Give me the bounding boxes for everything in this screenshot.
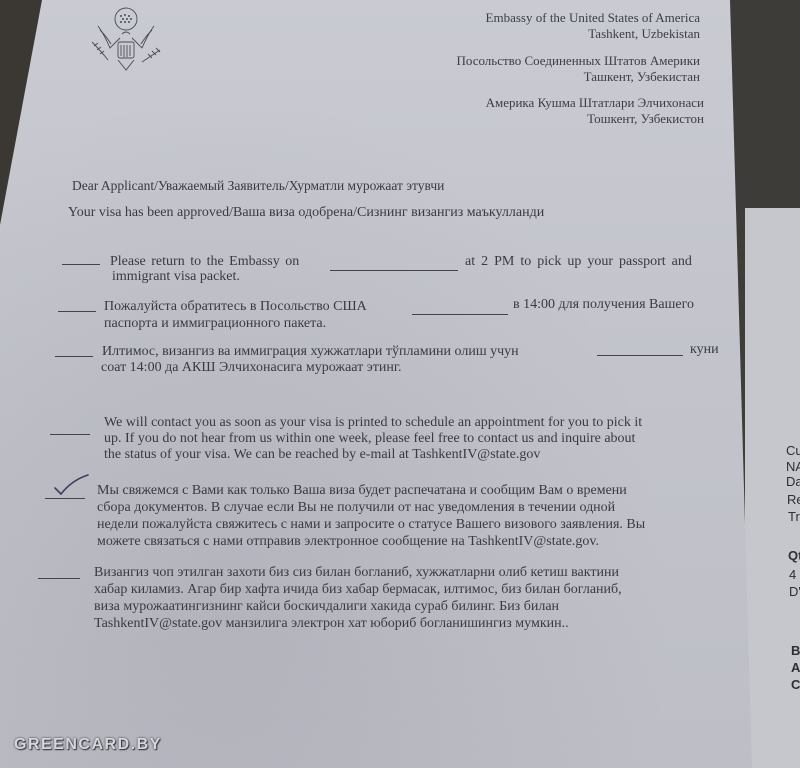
paragraph-line: Визангиз чоп этилган захоти биз сиз била… <box>94 564 739 581</box>
paragraph-line: the status of your visa. We can be reach… <box>104 447 728 463</box>
option-4-paragraph: We will contact you as soon as your visa… <box>104 415 728 463</box>
paragraph-line: виза мурожаатингизнинг кайси боскичдалиг… <box>94 598 739 615</box>
sheet-fragment: Qt <box>788 548 800 563</box>
letterhead-uzbek: Америка Кушма Штатлари Элчихонаси Тошкен… <box>486 95 704 127</box>
option-checkbox-blank[interactable] <box>62 264 100 265</box>
embassy-city-russian: Ташкент, Узбекистан <box>456 69 700 85</box>
pickup-date-field-uz[interactable] <box>597 355 683 356</box>
pickup-date-field-ru[interactable] <box>412 314 508 315</box>
embassy-city-english: Tashkent, Uzbekistan <box>486 26 700 42</box>
sheet-fragment: B <box>791 643 800 658</box>
letterhead-russian: Посольство Соединенных Штатов Америки Та… <box>456 53 700 85</box>
pickup-date-field[interactable] <box>330 270 458 271</box>
paragraph-line: We will contact you as soon as your visa… <box>104 415 728 431</box>
paragraph-line: сбора документов. В случае если Вы не по… <box>97 499 732 516</box>
option-2-text-cont: в 14:00 для получения Вашего <box>513 297 694 313</box>
sheet-fragment: Cu <box>786 443 800 458</box>
approval-statement: Your visa has been approved/Ваша виза од… <box>68 205 544 221</box>
embassy-name-russian: Посольство Соединенных Штатов Америки <box>456 53 700 69</box>
option-1-line2: immigrant visa packet. <box>112 269 240 285</box>
paragraph-line: TashkentIV@state.gov манзилига электрон … <box>94 615 739 632</box>
option-3-line2: соат 14:00 да АКШ Элчихонасига мурожаат … <box>101 360 402 376</box>
option-1-text: Please return to the Embassy on <box>110 254 299 270</box>
checkmark-icon <box>52 474 92 498</box>
option-checkbox-blank[interactable] <box>38 578 80 579</box>
paragraph-line: недели пожалуйста свяжитесь с нами и зап… <box>97 516 732 533</box>
sheet-fragment: 4 <box>789 567 796 582</box>
option-checkbox-blank[interactable] <box>55 356 93 357</box>
paragraph-line: хабар киламиз. Агар бир хафта ичида биз … <box>94 581 739 598</box>
watermark: GREENCARD.BY <box>14 736 162 754</box>
second-document-sheet: Cu NA Da Re Tr Qt 4 D' B A C <box>745 208 800 768</box>
embassy-city-uzbek: Тошкент, Узбекистон <box>486 111 704 127</box>
sheet-fragment: C <box>791 677 800 692</box>
sheet-fragment: NA <box>786 459 800 474</box>
option-1-text-cont: at 2 PM to pick up your passport and <box>465 254 692 270</box>
embassy-name-english: Embassy of the United States of America <box>486 10 700 26</box>
paragraph-line: up. If you do not hear from us within on… <box>104 431 728 447</box>
option-checkbox-blank[interactable] <box>58 311 96 312</box>
option-2-line2: паспорта и иммиграционного пакета. <box>104 316 326 332</box>
option-checkbox-blank[interactable] <box>50 434 90 435</box>
option-5-paragraph: Мы свяжемся с Вами как только Ваша виза … <box>97 482 732 550</box>
greeting: Dear Applicant/Уважаемый Заявитель/Хурма… <box>72 178 444 194</box>
sheet-fragment: Tr <box>788 509 800 524</box>
sheet-fragment: A <box>791 660 800 675</box>
option-2-text: Пожалуйста обратитесь в Посольство США <box>104 299 367 315</box>
us-great-seal-eagle-icon <box>86 4 166 74</box>
option-3-text: Илтимос, визангиз ва иммиграция хужжатла… <box>102 344 519 360</box>
paragraph-line: Мы свяжемся с Вами как только Ваша виза … <box>97 482 732 499</box>
option-3-text-cont: куни <box>690 342 719 358</box>
sheet-fragment: D' <box>789 584 800 599</box>
option-checkbox-blank[interactable] <box>45 498 85 499</box>
sheet-fragment: Re <box>787 492 800 507</box>
embassy-name-uzbek: Америка Кушма Штатлари Элчихонаси <box>486 95 704 111</box>
sheet-fragment: Da <box>786 474 800 489</box>
paragraph-line: можете связаться с нами отправив электро… <box>97 533 732 550</box>
background-table-right <box>728 0 800 210</box>
letterhead-english: Embassy of the United States of America … <box>486 10 700 42</box>
option-6-paragraph: Визангиз чоп этилган захоти биз сиз била… <box>94 564 739 632</box>
